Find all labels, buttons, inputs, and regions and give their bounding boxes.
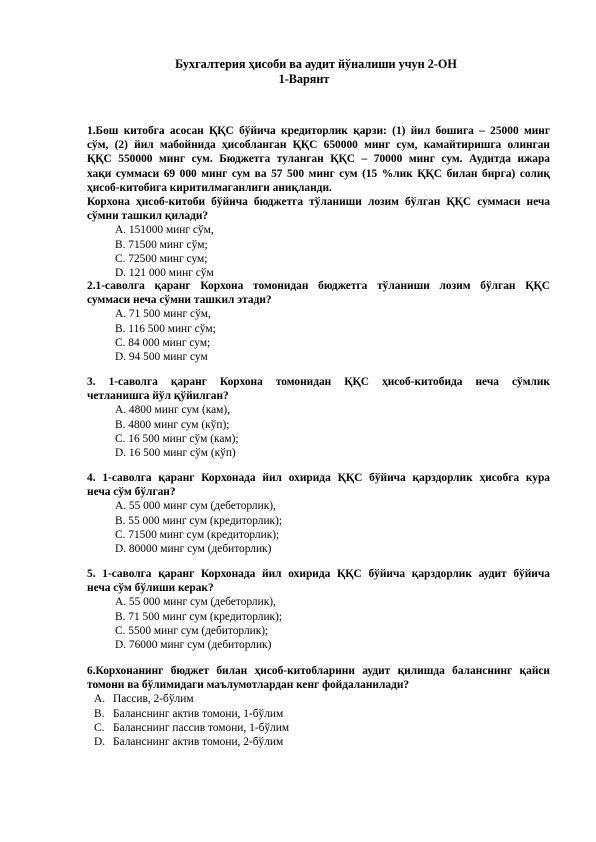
answer-option-b[interactable]: B. 55 000 минг сум (кредиторлик);	[87, 514, 550, 528]
question-3: 3. 1-саволга қаранг Корхона томонидан ҚҚ…	[87, 375, 550, 460]
question-5: 5. 1-саволга қаранг Корхонада йил охирид…	[87, 567, 550, 652]
option-letter: B.	[94, 707, 113, 721]
question-line: сўмни ташкил қилади?	[87, 209, 550, 223]
question-4: 4. 1-саволга қаранг Корхонада йил охирид…	[87, 471, 550, 556]
answer-option-a[interactable]: A. 71 500 минг сўм,	[87, 307, 550, 321]
answer-option-a[interactable]: A. 55 000 минг сум (дебеторлик),	[87, 595, 550, 609]
question-line: 4. 1-саволга қаранг Корхонада йил охирид…	[87, 471, 550, 485]
question-text: 6.Корхонанинг бюджет билан ҳисоб-китобла…	[87, 664, 550, 692]
answer-option-b[interactable]: B.Баланснинг актив томони, 1-бўлим	[87, 707, 550, 721]
question-1: 1.Бош китобга асосан ҚҚС бўйича кредитор…	[87, 124, 550, 280]
variant-label: 1-Варянт	[6, 72, 596, 87]
answer-option-d[interactable]: D. 94 500 минг сум	[87, 350, 550, 364]
answer-options: A.Пассив, 2-бўлим B.Баланснинг актив том…	[87, 692, 550, 749]
answer-option-a[interactable]: A.Пассив, 2-бўлим	[87, 692, 550, 706]
answer-option-b[interactable]: B. 71500 минг сўм;	[87, 238, 550, 252]
answer-options: A. 71 500 минг сўм, B. 116 500 минг сўм;…	[87, 307, 550, 364]
answer-options: A. 4800 минг сум (кам), B. 4800 минг сум…	[87, 403, 550, 460]
question-2: 2.1-саволга қаранг Корхона томонидан бюд…	[87, 279, 550, 364]
question-6: 6.Корхонанинг бюджет билан ҳисоб-китобла…	[87, 664, 550, 749]
answer-option-a[interactable]: A. 55 000 минг сум (дебеторлик),	[87, 499, 550, 513]
question-text: 2.1-саволга қаранг Корхона томонидан бюд…	[87, 279, 550, 307]
option-text: Баланснинг актив томони, 2-бўлим	[113, 736, 283, 748]
question-line: суммаси неча сўмни ташкил этади?	[87, 293, 550, 307]
answer-option-d[interactable]: D.Баланснинг актив томони, 2-бўлим	[87, 735, 550, 749]
question-text: 1.Бош китобга асосан ҚҚС бўйича кредитор…	[87, 124, 550, 223]
answer-option-c[interactable]: C. 16 500 минг сўм (кам);	[87, 432, 550, 446]
answer-option-a[interactable]: A. 151000 минг сўм,	[87, 223, 550, 237]
question-line: неча сўм бўлиши керак?	[87, 581, 550, 595]
option-letter: C.	[94, 721, 113, 735]
question-line: 3. 1-саволга қаранг Корхона томонидан ҚҚ…	[87, 375, 550, 389]
question-line: Корхона ҳисоб-китоби бўйича бюджетга тўл…	[87, 195, 550, 209]
answer-options: A. 55 000 минг сум (дебеторлик), B. 71 5…	[87, 595, 550, 652]
answer-option-c[interactable]: C. 5500 минг сум (дебиторлик);	[87, 624, 550, 638]
answer-option-a[interactable]: A. 4800 минг сум (кам),	[87, 403, 550, 417]
question-line: ҚҚС 550000 минг сум. Бюджетга туланган Қ…	[87, 152, 550, 166]
answer-option-d[interactable]: D. 80000 минг сум (дебиторлик)	[87, 542, 550, 556]
answer-option-c[interactable]: C.Баланснинг пассив томони, 1-бўлим	[87, 721, 550, 735]
question-line: сўм, (2) йил мабойнида ҳисобланган ҚҚС 6…	[87, 138, 550, 152]
question-line: ҳисоб-китобига киритилмаганлиги аниқланд…	[87, 181, 550, 195]
question-text: 4. 1-саволга қаранг Корхонада йил охирид…	[87, 471, 550, 499]
document-page: Бухгалтерия ҳисоби ва аудит йўналиши учу…	[0, 0, 596, 842]
answer-option-c[interactable]: C. 84 000 минг сум;	[87, 336, 550, 350]
question-line: неча сўм бўлган?	[87, 485, 550, 499]
question-line: 1.Бош китобга асосан ҚҚС бўйича кредитор…	[87, 124, 550, 138]
question-line: четланишга йўл қўйилган?	[87, 389, 550, 403]
option-letter: A.	[94, 692, 113, 706]
option-text: Пассив, 2-бўлим	[113, 693, 194, 705]
option-letter: D.	[94, 735, 113, 749]
answer-option-c[interactable]: C. 71500 минг сум (кредиторлик);	[87, 528, 550, 542]
document-title: Бухгалтерия ҳисоби ва аудит йўналиши учу…	[18, 57, 596, 72]
answer-option-b[interactable]: B. 4800 минг сум (кўп);	[87, 418, 550, 432]
answer-options: A. 151000 минг сўм, B. 71500 минг сўм; C…	[87, 223, 550, 280]
option-text: Баланснинг пассив томони, 1-бўлим	[113, 722, 289, 734]
question-line: 2.1-саволга қаранг Корхона томонидан бюд…	[87, 279, 550, 293]
answer-option-b[interactable]: B. 71 500 минг сум (кредиторлик);	[87, 610, 550, 624]
question-text: 3. 1-саволга қаранг Корхона томонидан ҚҚ…	[87, 375, 550, 403]
question-text: 5. 1-саволга қаранг Корхонада йил охирид…	[87, 567, 550, 595]
option-text: Баланснинг актив томони, 1-бўлим	[113, 708, 283, 720]
answer-option-d[interactable]: D. 76000 минг сум (дебиторлик)	[87, 638, 550, 652]
question-line: 5. 1-саволга қаранг Корхонада йил охирид…	[87, 567, 550, 581]
answer-options: A. 55 000 минг сум (дебеторлик), B. 55 0…	[87, 499, 550, 556]
question-line: томони ва бўлимидаги маълумотлардан кенг…	[87, 678, 550, 692]
answer-option-d[interactable]: D. 16 500 минг сўм (кўп)	[87, 446, 550, 460]
answer-option-c[interactable]: C. 72500 минг сум;	[87, 252, 550, 266]
question-line: 6.Корхонанинг бюджет билан ҳисоб-китобла…	[87, 664, 550, 678]
answer-option-b[interactable]: B. 116 500 минг сўм;	[87, 322, 550, 336]
question-line: хақи суммаси 69 000 минг сум ва 57 500 м…	[87, 167, 550, 181]
